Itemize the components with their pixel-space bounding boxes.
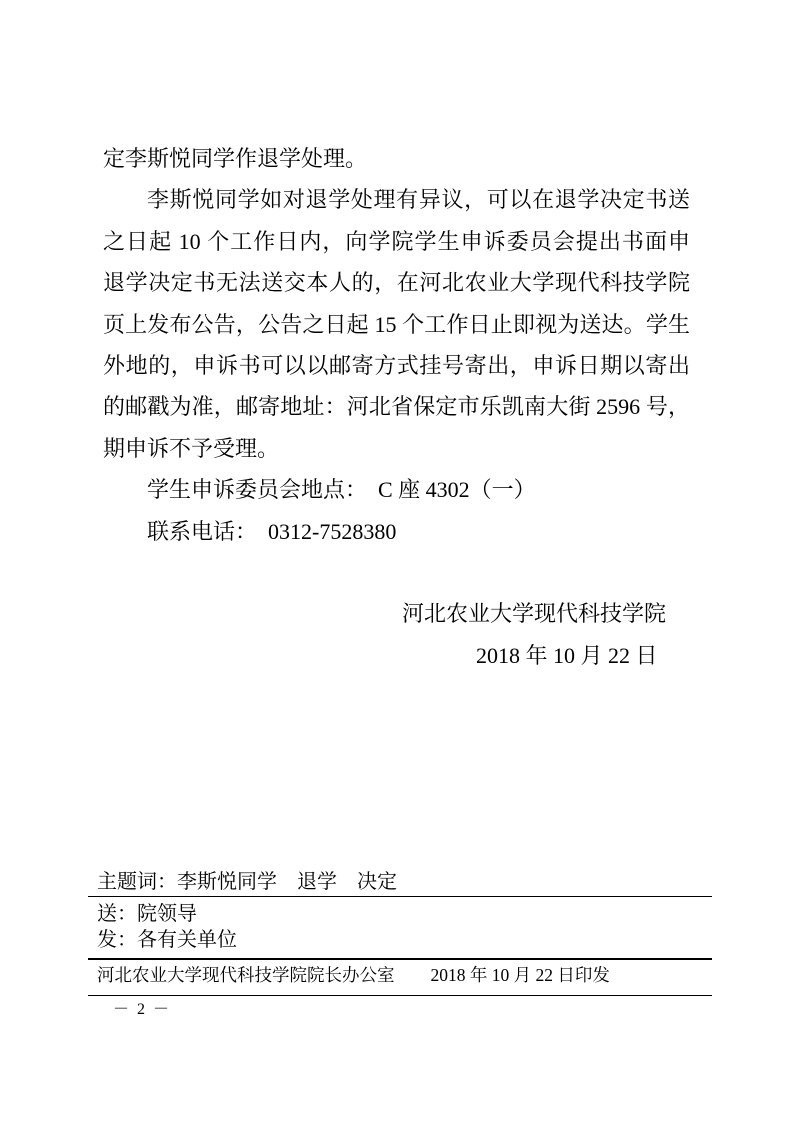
appeal-committee-location: 学生申诉委员会地点： C 座 4302（一）	[103, 469, 690, 510]
document-page: 定李斯悦同学作退学处理。 李斯悦同学如对退学处理有异议，可以在退学决定书送达 之…	[0, 0, 793, 1122]
copy-to-row: 送：院领导	[88, 897, 712, 925]
document-body: 定李斯悦同学作退学处理。 李斯悦同学如对退学处理有异议，可以在退学决定书送达 之…	[103, 138, 690, 676]
blank-line	[103, 552, 690, 593]
contact-phone: 联系电话： 0312-7528380	[103, 511, 690, 552]
body-line: 李斯悦同学如对退学处理有异议，可以在退学决定书送达	[103, 179, 690, 220]
imprint-date: 2018 年 10 月 22 日印发	[431, 965, 610, 985]
issue-date: 2018 年 10 月 22 日	[103, 635, 690, 676]
body-line: 的邮戳为准，邮寄地址：河北省保定市乐凯南大街 2596 号，逾	[103, 386, 690, 427]
page-number: － 2 －	[88, 996, 712, 1019]
imprint-office: 河北农业大学现代科技学院院长办公室	[97, 965, 395, 985]
body-line: 期申诉不予受理。	[103, 428, 690, 469]
issuing-authority: 河北农业大学现代科技学院	[103, 593, 690, 634]
document-footer: 主题词：李斯悦同学 退学 决定 送：院领导 发：各有关单位 河北农业大学现代科技…	[88, 869, 712, 1019]
body-line: 定李斯悦同学作退学处理。	[103, 138, 690, 179]
keywords-row: 主题词：李斯悦同学 退学 决定	[88, 869, 712, 897]
body-line: 退学决定书无法送交本人的，在河北农业大学现代科技学院主	[103, 262, 690, 303]
body-line: 之日起 10 个工作日内，向学院学生申诉委员会提出书面申诉。	[103, 221, 690, 262]
body-line: 外地的，申诉书可以以邮寄方式挂号寄出，申诉日期以寄出日	[103, 345, 690, 386]
distribution-row: 发：各有关单位	[88, 925, 712, 960]
body-line: 页上发布公告，公告之日起 15 个工作日止即视为送达。学生在	[103, 304, 690, 345]
imprint-row: 河北农业大学现代科技学院院长办公室2018 年 10 月 22 日印发	[88, 960, 712, 996]
